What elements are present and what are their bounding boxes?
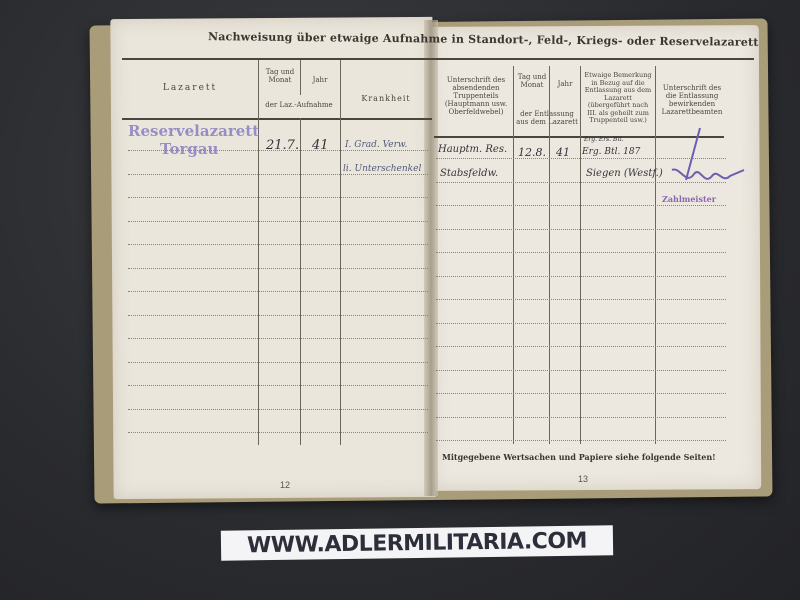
row-line bbox=[128, 362, 428, 363]
booklet-spine bbox=[424, 20, 438, 496]
row-line bbox=[128, 385, 428, 386]
header-krankheit: Krankheit bbox=[346, 95, 426, 103]
col-divider bbox=[300, 118, 301, 445]
watermark-banner: WWW.ADLERMILITARIA.COM bbox=[221, 525, 613, 560]
illness-line2: li. Unterschenkel bbox=[343, 164, 421, 174]
header-jahr: Jahr bbox=[302, 76, 338, 84]
header-jahr-right: Jahr bbox=[552, 80, 578, 88]
discharge-date: 12.8. bbox=[518, 146, 546, 159]
illness-line1: I. Grad. Verw. bbox=[345, 140, 407, 150]
watermark-text: WWW.ADLERMILITARIA.COM bbox=[247, 528, 587, 558]
header-tag-monat-right: Tag und Monat bbox=[516, 73, 548, 89]
left-header-bottom-rule bbox=[122, 118, 432, 120]
header-top-rule bbox=[122, 58, 754, 60]
remark-line1: Erg. Btl. 187 bbox=[582, 147, 640, 157]
stamp-zahlmeister: Zahlmeister bbox=[662, 194, 716, 204]
row-line bbox=[436, 417, 726, 418]
row-line bbox=[436, 370, 726, 371]
remark-line2: Siegen (Westf.) bbox=[586, 168, 663, 179]
col-divider bbox=[655, 66, 656, 444]
header-bemerkung: Etwaige Bemerkung in Bezug auf die Entla… bbox=[582, 72, 654, 125]
page-number-left: 12 bbox=[280, 480, 290, 490]
col-divider bbox=[513, 66, 514, 444]
footer-note: Mitgegebene Wertsachen und Papiere siehe… bbox=[442, 452, 716, 462]
row-line bbox=[436, 323, 726, 324]
signature-line1: Hauptm. Res. bbox=[438, 144, 507, 155]
header-entlassung: der Entlassung aus dem Lazarett bbox=[514, 110, 580, 126]
row-line bbox=[128, 432, 428, 433]
row-line bbox=[436, 252, 726, 253]
row-line bbox=[128, 221, 428, 222]
header-unterschrift-beamten: Unterschrift des die Entlassung bewirken… bbox=[658, 84, 726, 116]
stamp-torgau: Torgau bbox=[160, 140, 218, 158]
row-line bbox=[128, 197, 428, 198]
row-line bbox=[436, 276, 726, 277]
row-line bbox=[128, 409, 428, 410]
row-line bbox=[128, 291, 428, 292]
header-tag-monat: Tag und Monat bbox=[262, 68, 298, 84]
signature-scribble bbox=[660, 126, 750, 196]
col-divider bbox=[258, 60, 259, 445]
stamp-reservelazarett: Reservelazarett bbox=[128, 122, 259, 140]
row-line bbox=[436, 229, 726, 230]
page-number-right: 13 bbox=[578, 474, 588, 484]
col-divider bbox=[549, 66, 550, 444]
remark-line0: Erg. Ers. Btl. bbox=[584, 136, 624, 143]
row-line bbox=[436, 440, 726, 441]
admission-year: 41 bbox=[312, 138, 329, 153]
discharge-year: 41 bbox=[556, 146, 570, 159]
row-line bbox=[436, 346, 726, 347]
row-line bbox=[128, 244, 428, 245]
row-line bbox=[436, 299, 726, 300]
header-aufnahme: der Laz.-Aufnahme bbox=[258, 101, 340, 109]
header-lazarett: Lazarett bbox=[140, 84, 240, 92]
row-line bbox=[436, 205, 726, 206]
row-line bbox=[128, 315, 428, 316]
col-divider bbox=[580, 66, 581, 444]
row-line bbox=[128, 268, 428, 269]
signature-line2: Stabsfeldw. bbox=[440, 168, 498, 179]
row-line bbox=[436, 393, 726, 394]
header-unterschrift-truppenteil: Unterschrift des absendenden Truppenteil… bbox=[438, 76, 514, 116]
row-line bbox=[128, 338, 428, 339]
col-divider bbox=[340, 60, 341, 445]
col-divider bbox=[300, 60, 301, 95]
admission-date: 21.7. bbox=[266, 138, 299, 153]
